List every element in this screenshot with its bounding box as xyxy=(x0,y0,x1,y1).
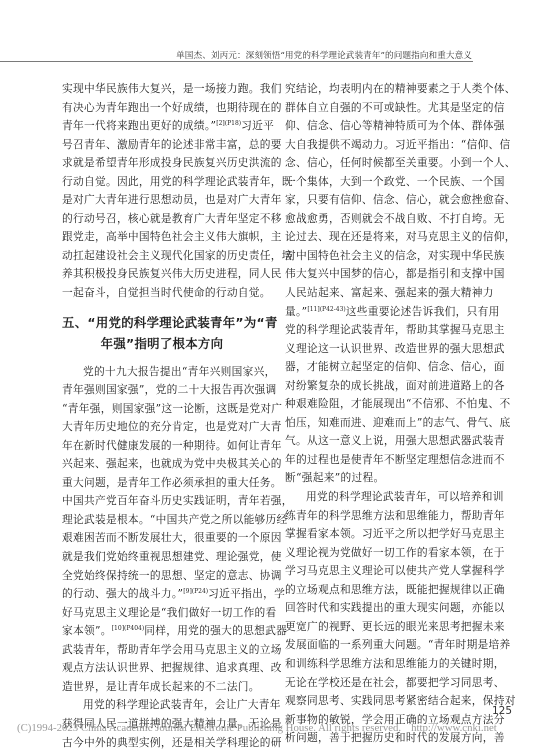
text-line: 用党的科学理论武装青年，可以培养和训 xyxy=(285,488,485,507)
text-line: 全党始终保持统一的思想、坚定的意志、协调 xyxy=(62,567,262,586)
text-line: 年的过程也是使青年不断坚定理想信念进而不 xyxy=(285,451,485,470)
text-line: 养其积极投身民族复兴伟大历史进程，同人民 xyxy=(62,265,262,284)
text-line: 学习马克思主义理论可以使共产党人掌握科学 xyxy=(285,562,485,581)
citation: [9](P24) xyxy=(183,588,208,595)
citation: [10](P404) xyxy=(112,625,145,632)
text-line: 青年强则国家强”，党的二十大报告再次强调 xyxy=(62,381,262,400)
text-line: 伟大复兴中国梦的信心，都是指引和支撑中国 xyxy=(285,265,485,284)
text-line: 一个集体，大到一个政党、一个民族、一个国 xyxy=(285,173,485,192)
text-line: 的行动号召，核心就是教育广大青年坚定不移 xyxy=(62,210,262,229)
footer-url[interactable]: http://www.cnki.net xyxy=(411,722,497,734)
text-line: 论过去、现在还是将来，对马克思主义的信仰， xyxy=(285,228,485,247)
text-line: 仰、信念、信心等精神特质可为个体、群体强 xyxy=(285,117,485,136)
copyright-footer: (C)1994-2023 China Academic Journal Elec… xyxy=(17,722,497,734)
text-line: 行动自觉。因此，用党的科学理论武装青年，既 xyxy=(62,173,262,192)
text-line: 跟党走，高举中国特色社会主义伟大旗帜，主 xyxy=(62,228,262,247)
text-line: 兴起来、强起来，也就成为党中央极其关心的 xyxy=(62,455,262,474)
text-line: 无论在学校还是在社会，都要把学习同思考、 xyxy=(285,674,485,693)
text-line: 是对广大青年进行思想动员，也是对广大青年 xyxy=(62,191,262,210)
text-line: 义理论视为党做好一切工作的看家本领，在于 xyxy=(285,544,485,563)
text-line: 愈战愈勇，否则就会不战自败、不打自垮。无 xyxy=(285,210,485,229)
text-line: 观察同思考、实践同思考紧密结合起来，保持对 xyxy=(285,692,485,711)
text-line: 一起奋斗，自觉担当时代使命的行动自觉。 xyxy=(62,284,262,303)
text-line: 究结论，均表明内在的精神要素之于人类个体、 xyxy=(285,80,485,99)
text-line: 断“强起来”的过程。 xyxy=(285,469,485,488)
text-line: 年在新时代健康发展的一种期待。如何让青年 xyxy=(62,437,262,456)
text-line: 群体自立自强的不可或缺性。尤其是坚定的信 xyxy=(285,99,485,118)
text-line: 造世界，是让青年成长起来的不二法门。 xyxy=(62,678,262,697)
right-column: 究结论，均表明内在的精神要素之于人类个体、 群体自立自强的不可或缺性。尤其是坚定… xyxy=(285,80,485,748)
text-line: 号召青年、激励青年的论述非常丰富，总的要 xyxy=(62,136,262,155)
text-line: 气。从这一意义上说，用强大思想武器武装青 xyxy=(285,432,485,451)
text-line: “青年强，则国家强”这一论断，这既是党对广 xyxy=(62,400,262,419)
text-line: 有决心为青年跑出一个好成绩，也期待现在的 xyxy=(62,99,262,118)
text-line: 青年一代将来跑出更好的成绩。”[2](P18)习近平 xyxy=(62,117,262,136)
citation: [2](P18) xyxy=(216,120,241,127)
text-line: 义理论这一认识世界、改造世界的强大思想武 xyxy=(285,340,485,359)
text-line: 就是我们党始终重视思想建党、理论强党，使 xyxy=(62,548,262,567)
text-line: 大青年历史地位的充分肯定，也是党对广大青 xyxy=(62,418,262,437)
section-heading: 五、“用党的科学理论武装青年”为“青 年强”指明了根本方向 xyxy=(62,312,262,354)
text-line: 观点方法认识世界、把握规律、追求真理、改 xyxy=(62,659,262,678)
text-line: 大自我提供不竭动力。习近平指出：“信仰、信 xyxy=(285,136,485,155)
text-line: 怕压，知难而进、迎难而上”的志气、骨气、底 xyxy=(285,414,485,433)
text-line: 的行动、强大的战斗力。”[9](P24)习近平指出，学 xyxy=(62,585,262,604)
text-line: 更宽广的视野、更长远的眼光来思考把握未来 xyxy=(285,618,485,637)
text-line: 武装青年，帮助青年学会用马克思主义的立场 xyxy=(62,641,262,660)
text-line: 求就是希望青年形成投身民族复兴历史洪流的 xyxy=(62,154,262,173)
text-line: 好马克思主义理论是“我们做好一切工作的看 xyxy=(62,604,262,623)
text-line: 对中国特色社会主义的信念，对实现中华民族 xyxy=(285,247,485,266)
page-number: 125 xyxy=(492,705,512,717)
text-line: 动扛起建设社会主义现代化国家的历史责任，培 xyxy=(62,247,262,266)
text-line: 用党的科学理论武装青年，会让广大青年 xyxy=(62,696,262,715)
paragraph: 党的十九大报告提出“青年兴则国家兴， 青年强则国家强”，党的二十大报告再次强调 … xyxy=(62,363,262,697)
text-line: 家，只要有信仰、信念、信心，就会愈挫愈奋、 xyxy=(285,191,485,210)
text-line: 古今中外的典型实例，还是相关学科理论的研 xyxy=(62,734,262,752)
text-line: 量。”[11](P42-43)这些重要论述告诉我们，只有用 xyxy=(285,303,485,322)
text-line: 理论武装是根本。“中国共产党之所以能够历经 xyxy=(62,511,262,530)
citation: [11](P42-43) xyxy=(307,306,345,313)
paragraph: 用党的科学理论武装青年，可以培养和训 练青年的科学思维方法和思维能力，帮助青年 … xyxy=(285,488,485,748)
text-line: 回答时代和实践提出的重大现实问题，亦能以 xyxy=(285,599,485,618)
text-line: 器，才能树立起坚定的信仰、信念、信心，面 xyxy=(285,358,485,377)
paragraph: 究结论，均表明内在的精神要素之于人类个体、 群体自立自强的不可或缺性。尤其是坚定… xyxy=(285,80,485,488)
text-line: 掌握看家本领。习近平之所以把学好马克思主 xyxy=(285,525,485,544)
header-rule xyxy=(0,61,473,62)
copyright-text: (C)1994-2023 China Academic Journal Elec… xyxy=(17,722,401,734)
left-column: 实现中华民族伟大复兴，是一场接力跑。我们 有决心为青年跑出一个好成绩，也期待现在… xyxy=(62,80,262,752)
text-line: 实现中华民族伟大复兴，是一场接力跑。我们 xyxy=(62,80,262,99)
text-line: 种艰难险阻，才能展现出“不信邪、不怕鬼、不 xyxy=(285,395,485,414)
text-line: 和训练科学思维方法和思维能力的关键时期， xyxy=(285,655,485,674)
text-line: 重大问题，是青年工作必须承担的重大任务。 xyxy=(62,474,262,493)
text-line: 人民站起来、富起来、强起来的强大精神力 xyxy=(285,284,485,303)
text-line: 艰难困苦而不断发展壮大，很重要的一个原因 xyxy=(62,529,262,548)
text-line: 练青年的科学思维方法和思维能力，帮助青年 xyxy=(285,507,485,526)
text-line: 的立场观点和思维方法，既能把握规律以正确 xyxy=(285,581,485,600)
text-line: 党的科学理论武装青年，帮助其掌握马克思主 xyxy=(285,321,485,340)
paragraph: 实现中华民族伟大复兴，是一场接力跑。我们 有决心为青年跑出一个好成绩，也期待现在… xyxy=(62,80,262,303)
text-line: 中国共产党百年奋斗历史实践证明，青年若强， xyxy=(62,492,262,511)
text-line: 念、信心，任何时候都至关重要。小到一个人、 xyxy=(285,154,485,173)
text-line: 发展面临的一系列重大问题。“青年时期是培养 xyxy=(285,636,485,655)
text-line: 家本领”。[10](P404)同样，用党的强大的思想武器 xyxy=(62,622,262,641)
text-line: 党的十九大报告提出“青年兴则国家兴， xyxy=(62,363,262,382)
text-line: 对纷繁复杂的成长挑战，面对前进道路上的各 xyxy=(285,377,485,396)
